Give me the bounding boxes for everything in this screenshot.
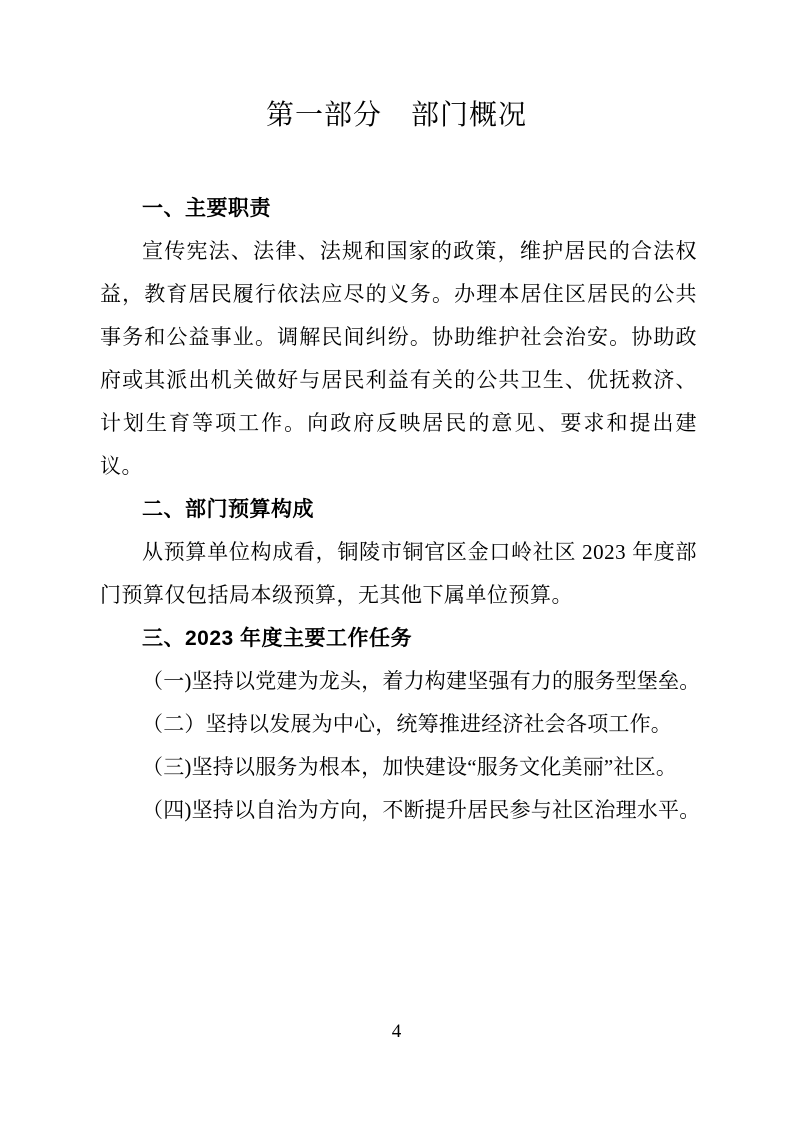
page-number: 4 [0, 1020, 793, 1044]
section-heading-main-duties: 一、主要职责 [100, 187, 697, 230]
section-heading-2023-tasks: 三、2023 年度主要工作任务 [100, 617, 697, 660]
task-item-2: （二）坚持以发展为中心，统筹推进经济社会各项工作。 [100, 703, 697, 746]
section-heading-budget-composition: 二、部门预算构成 [100, 488, 697, 531]
page-title: 第一部分 部门概况 [0, 0, 793, 135]
paragraph-budget-composition: 从预算单位构成看，铜陵市铜官区金口岭社区 2023 年度部门预算仅包括局本级预算… [100, 531, 697, 617]
document-page: 第一部分 部门概况 一、主要职责 宣传宪法、法律、法规和国家的政策，维护居民的合… [0, 0, 793, 1122]
task-item-1: （一)坚持以党建为龙头，着力构建坚强有力的服务型堡垒。 [100, 660, 697, 703]
task-item-3: （三)坚持以服务为根本，加快建设“服务文化美丽”社区。 [100, 746, 697, 789]
document-body: 一、主要职责 宣传宪法、法律、法规和国家的政策，维护居民的合法权益，教育居民履行… [100, 187, 697, 832]
task-item-4: （四)坚持以自治为方向，不断提升居民参与社区治理水平。 [100, 789, 697, 832]
paragraph-main-duties: 宣传宪法、法律、法规和国家的政策，维护居民的合法权益，教育居民履行依法应尽的义务… [100, 230, 697, 488]
